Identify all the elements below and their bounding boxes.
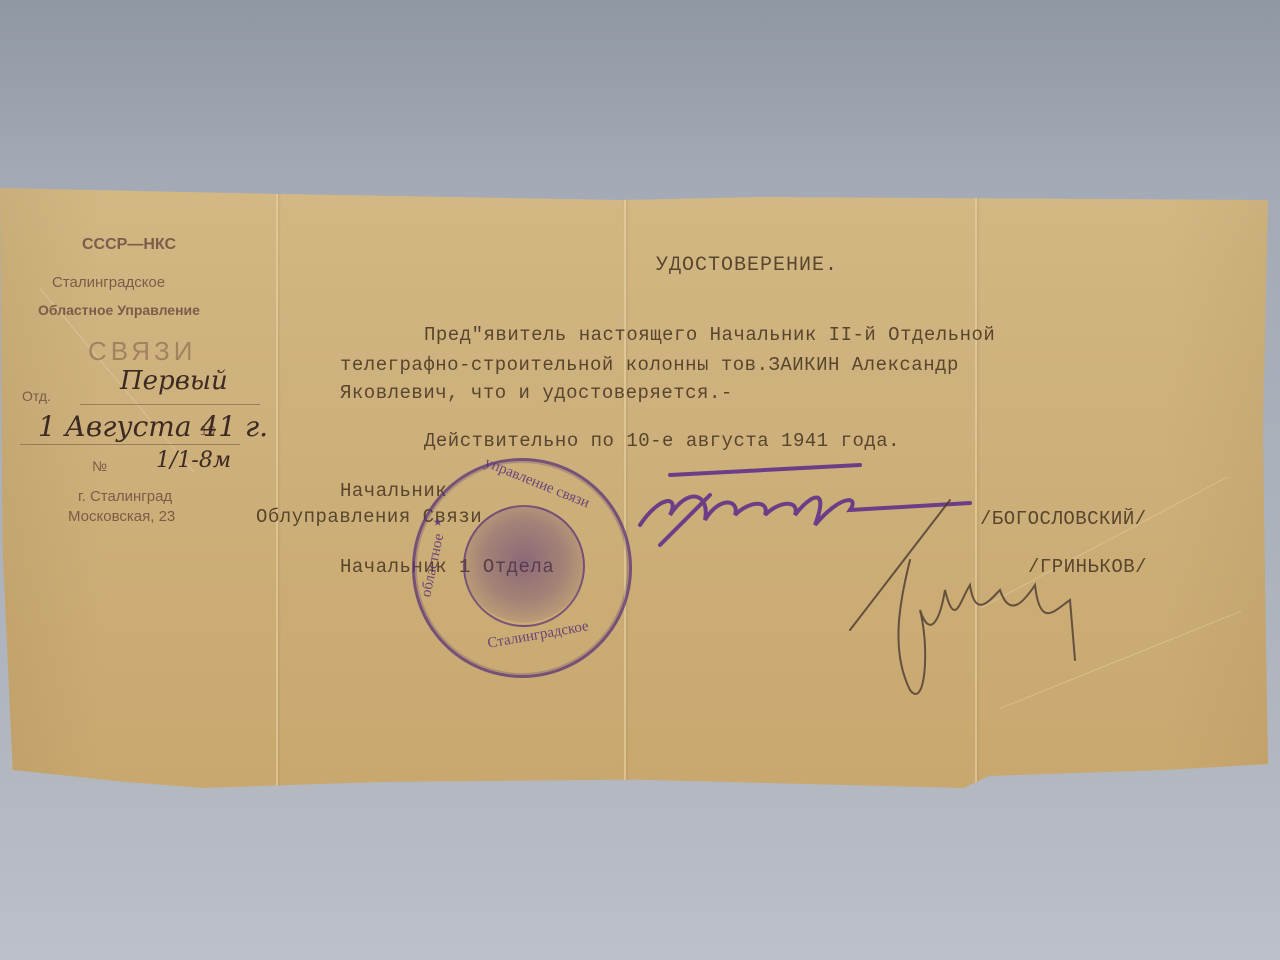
- stamp-line-3: Областное Управление: [38, 302, 200, 318]
- star-icon: ★: [433, 511, 443, 531]
- handwritten-date: 1 Августа 41 г.: [38, 410, 268, 443]
- official-seal: ★ управление связи областное Сталинградс…: [412, 458, 632, 678]
- stamp-rule: [20, 444, 240, 445]
- body-line-3: Яковлевич, что и удостоверяется.-: [340, 382, 733, 404]
- stamp-address: Московская, 23: [68, 508, 175, 525]
- handwritten-number: 1/1-8м: [156, 448, 231, 473]
- handwritten-dept: Первый: [120, 366, 228, 396]
- dept-label: Отд.: [22, 388, 51, 404]
- fold-line: [276, 188, 278, 788]
- validity-line: Действительно по 10-е августа 1941 года.: [424, 430, 900, 452]
- signature-dept-icon: [830, 490, 1090, 710]
- body-line-2: телеграфно-строительной колонны тов.ЗАИК…: [340, 354, 959, 376]
- stamp-rule: [80, 404, 260, 405]
- stamp-city: г. Сталинград: [78, 488, 172, 505]
- body-line-1: Пред"явитель настоящего Начальник II-й О…: [424, 324, 995, 346]
- seal-text-left: областное: [418, 532, 448, 599]
- number-label: №: [92, 458, 107, 474]
- head-title-line-1: Начальник: [340, 480, 447, 502]
- document-title: УДОСТОВЕРЕНИЕ.: [656, 254, 838, 277]
- stamp-line-4: СВЯЗИ: [88, 336, 196, 367]
- stamp-line-2: Сталинградское: [52, 274, 165, 291]
- stamp-line-1: СССР—НКС: [82, 236, 176, 254]
- coat-of-arms-emblem: [463, 505, 585, 627]
